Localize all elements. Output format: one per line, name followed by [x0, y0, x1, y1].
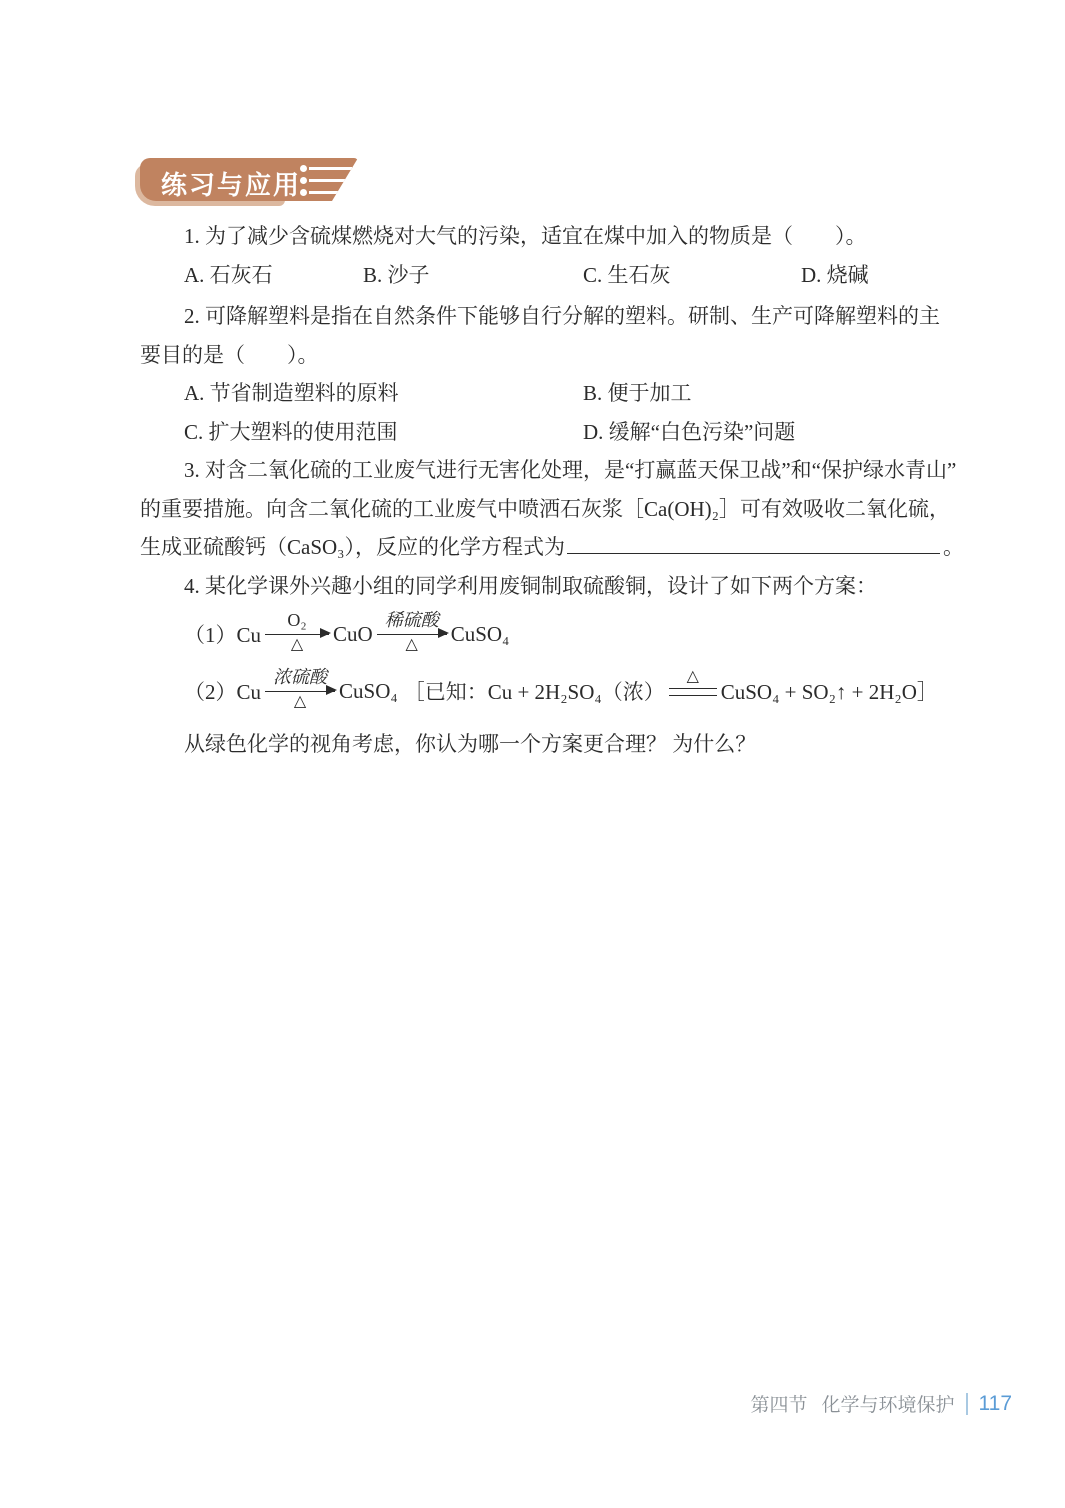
deco-dot-icon	[300, 189, 307, 196]
q2-option-b: B. 便于加工	[583, 374, 692, 413]
question-2-options-row2: C. 扩大塑料的使用范围 D. 缓解“白色污染”问题	[140, 413, 964, 452]
arrow-shaft	[377, 634, 447, 635]
question-3-line2: 的重要措施。向含二氧化硫的工业废气中喷洒石灰浆［Ca(OH)₂］可有效吸收二氧化…	[140, 490, 964, 529]
q2-option-a: A. 节省制造塑料的原料	[184, 374, 399, 413]
q1-option-b: B. 沙子	[363, 256, 430, 295]
q1-option-d: D. 烧碱	[801, 256, 869, 295]
banner-ribbon: 练习与应用	[140, 158, 358, 201]
equals-lines	[669, 688, 717, 696]
question-4-final: 从绿色化学的视角考虑，你认为哪一个方案更合理？ 为什么？	[140, 725, 964, 764]
arrow-condition-bottom: △	[294, 693, 306, 711]
reaction-arrow-icon: O₂ △	[265, 610, 329, 654]
q1-option-c: C. 生石灰	[583, 256, 671, 295]
question-2-options-row1: A. 节省制造塑料的原料 B. 便于加工	[140, 374, 964, 413]
banner-title: 练习与应用	[161, 165, 301, 202]
q4-scheme-1: （1）Cu O₂ △ CuO 稀硫酸 △ CuSO₄	[140, 605, 964, 663]
deco-dot-icon	[300, 165, 307, 172]
question-1-text: 1. 为了减少含硫煤燃烧对大气的污染，适宜在煤中加入的物质是（ ）。	[140, 217, 964, 256]
scheme2-known-equation-right: CuSO₄ + SO₂↑ + 2H₂O］	[721, 676, 938, 706]
footer-section: 第四节	[750, 1390, 807, 1417]
question-3-line3: 生成亚硫酸钙（CaSO₃），反应的化学方程式为 。	[140, 528, 964, 567]
footer-divider	[966, 1393, 968, 1415]
arrow-condition-bottom: △	[291, 636, 303, 654]
scheme2-known-equation-left: ［已知：Cu + 2H₂SO₄（浓）	[404, 676, 665, 706]
arrow-condition-bottom: △	[406, 636, 418, 654]
q3-period: 。	[943, 528, 964, 567]
scheme2-product: CuSO₄	[339, 679, 398, 704]
footer-page-number: 117	[979, 1392, 1012, 1416]
q3-answer-blank	[567, 547, 940, 554]
reaction-arrow-icon: 浓硫酸 △	[265, 667, 335, 711]
section-banner: 练习与应用	[140, 158, 358, 203]
q2-option-c: C. 扩大塑料的使用范围	[184, 413, 398, 452]
banner-lines-icon	[300, 165, 352, 196]
scheme1-product: CuSO₄	[451, 622, 510, 647]
question-2-line1: 2. 可降解塑料是指在自然条件下能够自行分解的塑料。研制、生产可降解塑料的主	[140, 297, 964, 336]
q3-equation-label: 生成亚硫酸钙（CaSO₃），反应的化学方程式为	[140, 528, 565, 567]
q1-option-a: A. 石灰石	[184, 256, 273, 295]
deco-bar	[309, 167, 352, 169]
question-2-line2: 要目的是（ ）。	[140, 336, 964, 375]
scheme1-intermediate: CuO	[333, 622, 373, 647]
arrow-condition-top: 稀硫酸	[377, 610, 447, 631]
equals-condition: △	[687, 668, 699, 686]
question-1-options: A. 石灰石 B. 沙子 C. 生石灰 D. 烧碱	[140, 256, 964, 295]
page-content: 练习与应用 1. 为了减少含硫煤燃烧对大气的污染，适宜在煤中加入的物质是（ ）。…	[140, 158, 964, 764]
textbook-page: 练习与应用 1. 为了减少含硫煤燃烧对大气的污染，适宜在煤中加入的物质是（ ）。…	[0, 0, 1065, 1508]
q2-option-d: D. 缓解“白色污染”问题	[583, 413, 795, 452]
scheme1-reactant: （1）Cu	[184, 619, 261, 649]
footer-chapter-title: 化学与环境保护	[822, 1390, 955, 1417]
banner-deco-line	[300, 189, 352, 196]
heated-equals-icon: △	[669, 668, 717, 696]
deco-bar	[309, 191, 352, 193]
banner-deco-line	[300, 177, 352, 184]
reaction-arrow-icon: 稀硫酸 △	[377, 610, 447, 654]
q4-scheme-2: （2）Cu 浓硫酸 △ CuSO₄ ［已知：Cu + 2H₂SO₄（浓） △ C…	[140, 663, 964, 719]
arrow-shaft	[265, 634, 329, 635]
arrow-condition-top: O₂	[279, 610, 314, 631]
banner-deco-line	[300, 165, 352, 172]
deco-bar	[309, 179, 352, 181]
page-footer: 第四节 化学与环境保护 117	[750, 1390, 1012, 1417]
question-4-intro: 4. 某化学课外兴趣小组的同学利用废铜制取硫酸铜，设计了如下两个方案：	[140, 567, 964, 606]
arrow-condition-top: 浓硫酸	[265, 667, 335, 688]
deco-dot-icon	[300, 177, 307, 184]
arrow-shaft	[265, 691, 335, 692]
question-3-line1: 3. 对含二氧化硫的工业废气进行无害化处理，是“打赢蓝天保卫战”和“保护绿水青山…	[140, 451, 964, 490]
scheme2-reactant: （2）Cu	[184, 676, 261, 706]
